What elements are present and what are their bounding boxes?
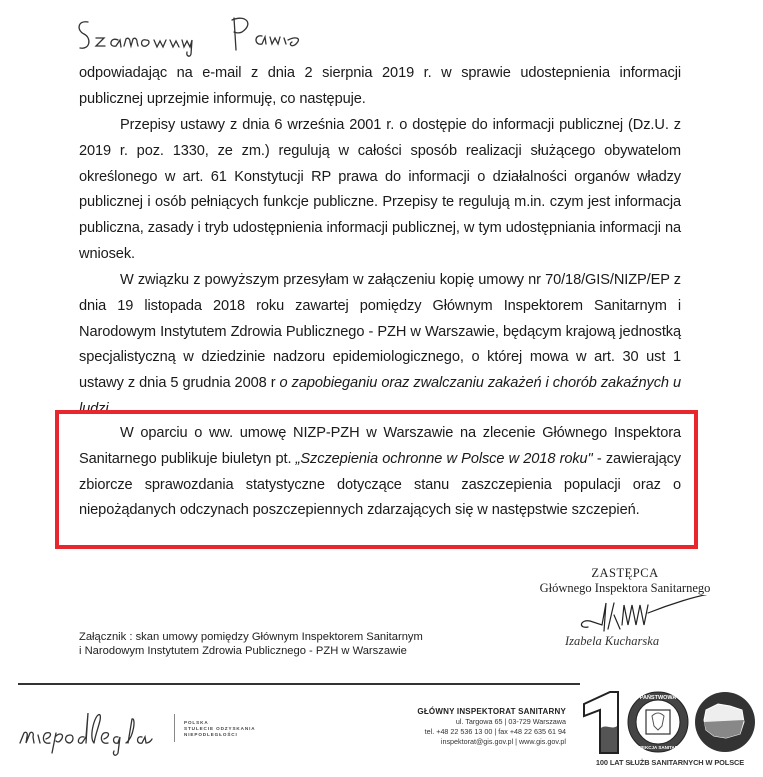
hundred-years-logo-icon: PAŃSTWOWA INSPEKCJA SANITARNA <box>580 690 760 755</box>
paragraph-contract: W związku z powyższym przesyłam w załącz… <box>79 268 681 423</box>
anniversary-line-3: NIEPODLEGŁOŚCI <box>184 732 255 738</box>
hundred-years-caption: 100 LAT SŁUŻB SANITARNYCH W POLSCE <box>580 758 760 767</box>
footer-divider <box>18 683 580 685</box>
paragraph-3-text: W związku z powyższym przesyłam w załącz… <box>79 272 681 391</box>
seal-text-top: PAŃSTWOWA <box>640 693 677 701</box>
email-website: inspektorat@gis.gov.pl | www.gis.gov.pl <box>417 737 566 747</box>
signature-block: ZASTĘPCA Głównego Inspektora Sanitarnego <box>520 566 730 596</box>
niepodlegla-logo-icon <box>18 707 173 757</box>
anniversary-text: POLSKA STULECIE ODZYSKANIA NIEPODLEGŁOŚC… <box>184 720 255 738</box>
paragraph-2-text: Przepisy ustawy z dnia 6 września 2001 r… <box>79 113 681 268</box>
paragraph-intro: odpowiadając na e-mail z dnia 2 sierpnia… <box>79 61 681 113</box>
attachment-line-1: Załącznik : skan umowy pomiędzy Głównym … <box>79 630 423 644</box>
paragraph-4: W oparciu o ww. umowę NIZP-PZH w Warszaw… <box>79 421 681 524</box>
organization-name: GŁÓWNY INSPEKTORAT SANITARNY <box>417 707 566 717</box>
footer-separator <box>174 714 175 742</box>
footer-address: GŁÓWNY INSPEKTORAT SANITARNY ul. Targowa… <box>417 707 566 747</box>
paragraph-1-text: odpowiadając na e-mail z dnia 2 sierpnia… <box>79 61 681 113</box>
attachment-note: Załącznik : skan umowy pomiędzy Głównym … <box>79 630 423 658</box>
paragraph-bulletin: W oparciu o ww. umowę NIZP-PZH w Warszaw… <box>79 421 681 524</box>
signature-title-office: Głównego Inspektora Sanitarnego <box>520 581 730 596</box>
paragraph-legal-basis: Przepisy ustawy z dnia 6 września 2001 r… <box>79 113 681 268</box>
paragraph-3: W związku z powyższym przesyłam w załącz… <box>79 268 681 423</box>
seal-text-bottom: INSPEKCJA SANITARNA <box>631 745 685 750</box>
signature-title-deputy: ZASTĘPCA <box>520 566 730 581</box>
street-address: ul. Targowa 65 | 03-729 Warszawa <box>417 717 566 727</box>
attachment-line-2: i Narodowym Instytutem Zdrowia Publiczne… <box>79 644 423 658</box>
handwritten-salutation <box>74 10 354 58</box>
phone-fax: tel. +48 22 536 13 00 | fax +48 22 635 6… <box>417 727 566 737</box>
salutation-handwriting-icon <box>74 10 354 58</box>
signatory-name: Izabela Kucharska <box>565 634 659 649</box>
paragraph-4-bulletin-title: „Szczepienia ochronne w Polsce w 2018 ro… <box>296 451 593 467</box>
